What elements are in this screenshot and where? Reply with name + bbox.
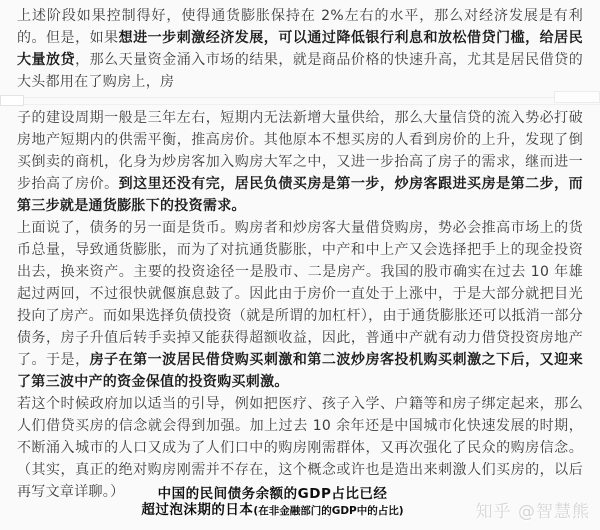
article-page: 上述阶段如果控制得好，使得通货膨胀保持在 2%左右的水平，那么对经济发展是有利的… bbox=[0, 0, 600, 530]
zhihu-watermark: 知乎 @智慧熊 bbox=[476, 497, 590, 522]
seam-box-right bbox=[554, 91, 600, 103]
screenshot-seam bbox=[0, 93, 600, 107]
chart-title-note: (在非金融部门的GDP中的占比) bbox=[253, 505, 403, 517]
paragraph-inflation-stimulus: 上述阶段如果控制得好，使得通货膨胀保持在 2%左右的水平，那么对经济发展是有利的… bbox=[17, 5, 583, 93]
seam-line bbox=[0, 104, 600, 105]
seam-line bbox=[0, 97, 600, 98]
paragraph-debt-money-investment: 上面说了，债务的另一面是货币。购房者和炒房客大量借贷购房，势必会推高市场上的货币… bbox=[17, 217, 583, 393]
chart-title-line2-main: 超过泡沫期的日本 bbox=[141, 502, 253, 518]
chart-title-line2: 超过泡沫期的日本(在非金融部门的GDP中的占比) bbox=[0, 502, 545, 519]
page-footer: 中国的民间债务余额的GDP占比已经 超过泡沫期的日本(在非金融部门的GDP中的占… bbox=[0, 486, 600, 530]
seam-box-left bbox=[0, 95, 24, 106]
article-body: 上述阶段如果控制得好，使得通货膨胀保持在 2%左右的水平，那么对经济发展是有利的… bbox=[0, 0, 600, 503]
paragraph-housing-three-steps: 子的建设周期一般是三年左右，短期内无法新增大量供给，那么大量信贷的流入势必打破房… bbox=[17, 107, 583, 217]
chart-title-line1: 中国的民间债务余额的GDP占比已经 bbox=[0, 486, 545, 502]
